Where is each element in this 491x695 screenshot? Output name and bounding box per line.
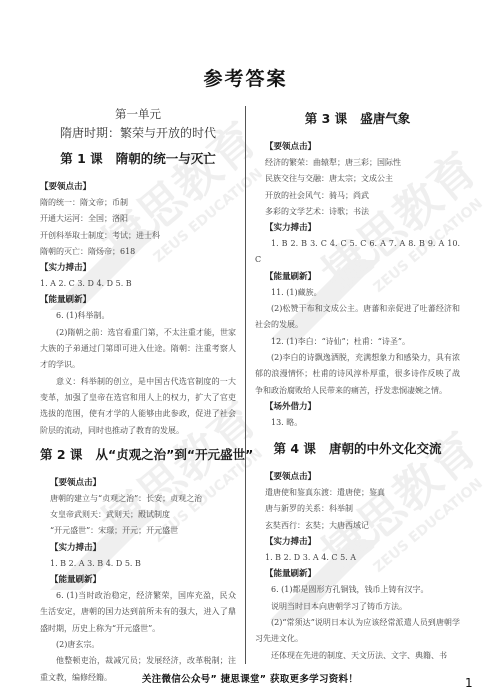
section-practice: 【实力搏击】 bbox=[265, 534, 460, 550]
page-number: 1 bbox=[465, 676, 473, 690]
section-key-points: 【要领点击】 bbox=[50, 475, 236, 491]
key-point: 经济的繁荣：曲辕犁；唐三彩；国际性 bbox=[265, 155, 460, 171]
section-outside: 【场外借力】 bbox=[265, 399, 460, 415]
lesson-3: 第 3 课 盛唐气象 【要领点击】 经济的繁荣：曲辕犁；唐三彩；国际性 民族交往… bbox=[255, 109, 460, 431]
key-point: 唐与新罗的关系：科举制 bbox=[265, 501, 460, 517]
key-point: 隋朝的灭亡：隋炀帝；618 bbox=[40, 244, 236, 260]
section-energy: 【能量刷新】 bbox=[265, 269, 460, 285]
answer-paragraph: 13. 略。 bbox=[255, 415, 460, 431]
right-column: 第 3 课 盛唐气象 【要领点击】 经济的繁荣：曲辕犁；唐三彩；国际性 民族交往… bbox=[255, 105, 460, 664]
key-point: 民族交往与交融：唐太宗；文成公主 bbox=[265, 171, 460, 187]
practice-answers: 1. B 2. D 3. A 4. C 5. A bbox=[265, 550, 460, 566]
answer-paragraph: (2)隋朝之前：选官看重门第，不太注重才能，世家大族的子弟通过门第即可进入仕途。… bbox=[40, 325, 236, 374]
key-point: 开放的社会风气：骑马；尚武 bbox=[265, 188, 460, 204]
section-key-points: 【要领点击】 bbox=[265, 469, 460, 485]
key-point: 开通大运河：全国；洛阳 bbox=[40, 211, 236, 227]
key-point: 开创科举取士制度：考试；进士科 bbox=[40, 228, 236, 244]
column-divider bbox=[245, 106, 246, 664]
answer-paragraph: (2)李白的诗飘逸洒脱，充满想象力和感染力，具有浓郁的浪漫情怀；杜甫的诗风淳朴厚… bbox=[255, 350, 460, 399]
lesson-title: 第 2 课 从“贞观之治”到“开元盛世” bbox=[40, 445, 236, 465]
section-practice: 【实力搏击】 bbox=[265, 220, 460, 236]
practice-answers: 1. A 2. C 3. D 4. D 5. B bbox=[40, 276, 236, 292]
section-practice: 【实力搏击】 bbox=[40, 260, 236, 276]
answer-paragraph: 11. (1)藏族。 bbox=[255, 285, 460, 301]
key-point: 唐朝的建立与“贞观之治”：长安；贞观之治 bbox=[50, 491, 236, 507]
footer-promo: 关注微信公众号” 捷思课堂” 获取更多学习资料！ bbox=[40, 671, 460, 685]
key-point: 女皇帝武则天：武则天；殿试制度 bbox=[50, 507, 236, 523]
practice-answers: 1. B 2. B 3. C 4. C 5. C 6. A 7. A 8. B … bbox=[255, 236, 460, 269]
key-point: 玄奘西行：玄奘；大唐西域记 bbox=[265, 518, 460, 534]
left-column: 第一单元 隋唐时期：繁荣与开放的时代 第 1 课 隋朝的统一与灭亡 【要领点击】… bbox=[40, 105, 236, 686]
answer-paragraph: 意义：科举制的创立，是中国古代选官制度的一大变革，加强了皇帝在选官和用人上的权力… bbox=[40, 374, 236, 439]
section-energy: 【能量刷新】 bbox=[265, 566, 460, 582]
section-key-points: 【要领点击】 bbox=[40, 179, 236, 195]
lesson-title: 第 1 课 隋朝的统一与灭亡 bbox=[40, 149, 236, 169]
answer-paragraph: (2)唐玄宗。 bbox=[40, 637, 236, 653]
section-energy: 【能量刷新】 bbox=[50, 572, 236, 588]
practice-answers: 1. B 2. A 3. B 4. D 5. B bbox=[50, 556, 236, 572]
answer-paragraph: 还体现在先进的制度、天文历法、文字、典籍、书 bbox=[255, 648, 460, 664]
key-point: 隋的统一：隋文帝；币制 bbox=[40, 195, 236, 211]
unit-title: 第一单元 bbox=[40, 105, 236, 124]
page-title: 参考答案 bbox=[0, 64, 491, 91]
lesson-4: 第 4 课 唐朝的中外文化交流 【要领点击】 遣唐使和鉴真东渡：遣唐使；鉴真 唐… bbox=[255, 439, 460, 664]
answer-paragraph: (2)“常须达”说明日本认为应该经常派遣人员到唐朝学习先进文化。 bbox=[255, 615, 460, 648]
answer-paragraph: 6. (1)科举制。 bbox=[40, 308, 236, 324]
answer-paragraph: 6. (1)当时政治稳定，经济繁荣，国库充盈，民众生活安定，唐朝的国力达到前所未… bbox=[40, 588, 236, 637]
unit-subtitle: 隋唐时期：繁荣与开放的时代 bbox=[40, 124, 236, 143]
answer-paragraph: 6. (1)都是圆形方孔铜钱，钱币上铸有汉字。 bbox=[255, 582, 460, 598]
lesson-title: 第 3 课 盛唐气象 bbox=[255, 109, 460, 129]
answer-paragraph: 说明当时日本向唐朝学习了铸币方法。 bbox=[255, 599, 460, 615]
lesson-title: 第 4 课 唐朝的中外文化交流 bbox=[255, 439, 460, 459]
section-key-points: 【要领点击】 bbox=[265, 139, 460, 155]
key-point: “开元盛世”：宋璟；开元；开元盛世 bbox=[50, 523, 236, 539]
section-energy: 【能量刷新】 bbox=[40, 292, 236, 308]
section-practice: 【实力搏击】 bbox=[50, 540, 236, 556]
answer-paragraph: 12. (1)李白：“诗仙”；杜甫：“诗圣”。 bbox=[255, 334, 460, 350]
lesson-2: 第 2 课 从“贞观之治”到“开元盛世” 【要领点击】 唐朝的建立与“贞观之治”… bbox=[40, 445, 236, 686]
key-point: 遣唐使和鉴真东渡：遣唐使；鉴真 bbox=[265, 485, 460, 501]
key-point: 多彩的文学艺术：诗歌；书法 bbox=[265, 204, 460, 220]
lesson-1: 第 1 课 隋朝的统一与灭亡 【要领点击】 隋的统一：隋文帝；币制 开通大运河：… bbox=[40, 149, 236, 439]
answer-paragraph: (2)松赞干布和文成公主。唐蕃和亲促进了吐蕃经济和社会的发展。 bbox=[255, 301, 460, 334]
